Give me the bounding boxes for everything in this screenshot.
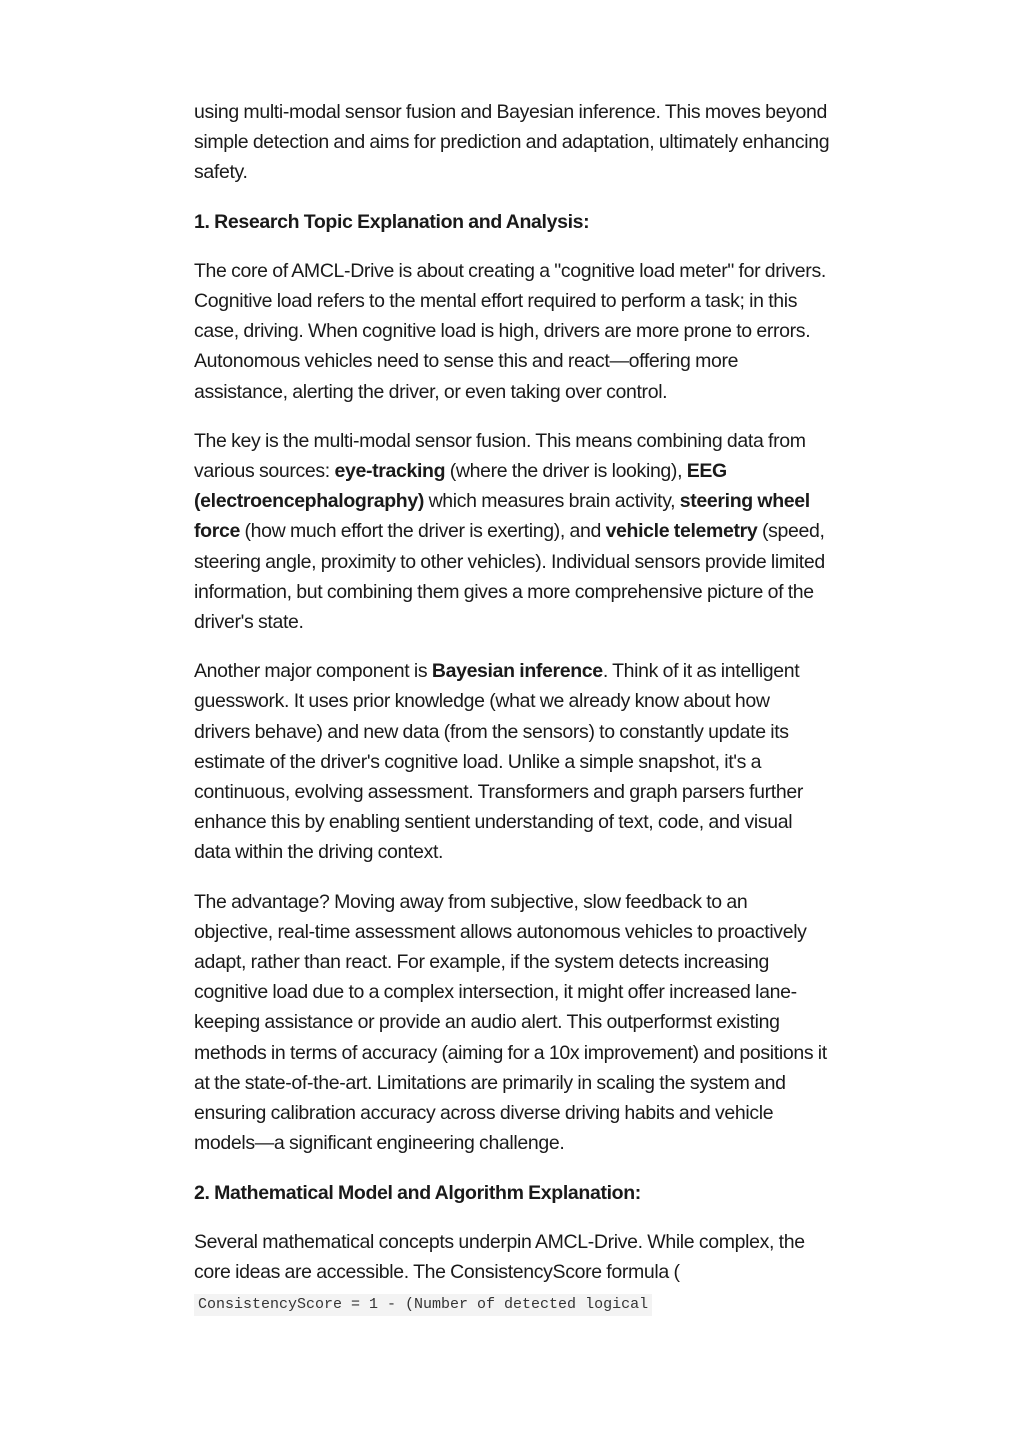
section-2-heading: 2. Mathematical Model and Algorithm Expl…	[194, 1178, 830, 1208]
text-span: (where the driver is looking),	[445, 460, 687, 482]
text-span: which measures brain activity,	[424, 490, 680, 512]
text-span: Another major component is	[194, 660, 432, 682]
advantage-paragraph: The advantage? Moving away from subjecti…	[194, 887, 830, 1159]
text-span: Several mathematical concepts underpin A…	[194, 1231, 805, 1283]
consistency-score-code: ConsistencyScore = 1 - (Number of detect…	[194, 1294, 652, 1316]
term-eye-tracking: eye-tracking	[334, 460, 445, 482]
text-span: . Think of it as intelligent guesswork. …	[194, 660, 803, 863]
term-bayesian-inference: Bayesian inference	[432, 660, 603, 682]
intro-paragraph: using multi-modal sensor fusion and Baye…	[194, 97, 830, 188]
document-page: using multi-modal sensor fusion and Baye…	[194, 97, 830, 1317]
sensor-fusion-paragraph: The key is the multi-modal sensor fusion…	[194, 426, 830, 637]
term-vehicle-telemetry: vehicle telemetry	[606, 520, 758, 542]
cognitive-load-paragraph: The core of AMCL-Drive is about creating…	[194, 256, 830, 407]
bayesian-paragraph: Another major component is Bayesian infe…	[194, 656, 830, 867]
text-span: (how much effort the driver is exerting)…	[240, 520, 606, 542]
math-intro-paragraph: Several mathematical concepts underpin A…	[194, 1227, 830, 1318]
section-1-heading: 1. Research Topic Explanation and Analys…	[194, 207, 830, 237]
